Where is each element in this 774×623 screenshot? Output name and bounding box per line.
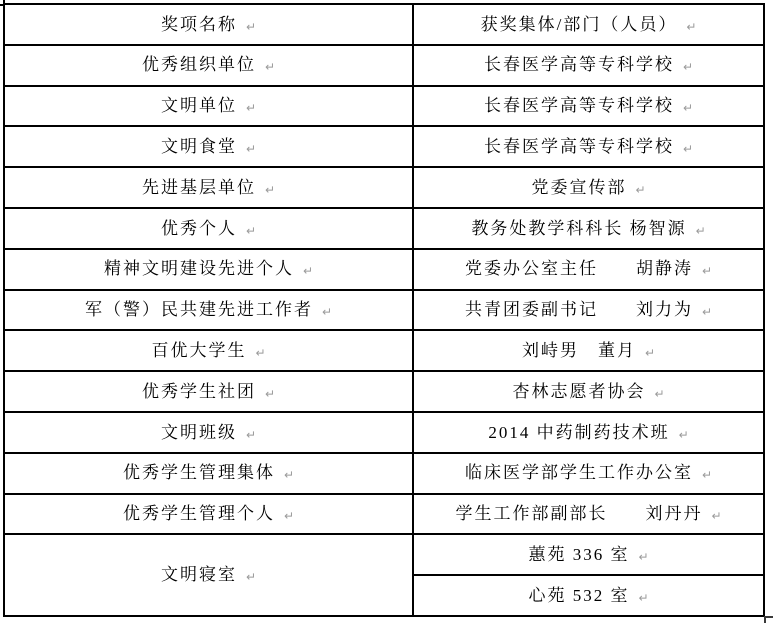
paragraph-mark-icon: ↵ [683, 142, 693, 156]
winner-cell-text: 蕙苑 336 室 [528, 545, 629, 564]
award-header-cell-text: 奖项名称 [161, 15, 237, 34]
paragraph-mark-icon: ↵ [265, 387, 275, 401]
paragraph-mark-icon: ↵ [246, 20, 256, 34]
table-row: 文明食堂↵长春医学高等专科学校↵ [4, 126, 764, 167]
winner-cell-text: 刘峙男 董月 [522, 341, 636, 360]
paragraph-mark-icon: ↵ [284, 509, 294, 523]
winner-cell: 刘峙男 董月↵ [413, 330, 764, 371]
paragraph-mark-icon: ↵ [654, 387, 664, 401]
paragraph-mark-icon: ↵ [246, 142, 256, 156]
paragraph-mark-icon: ↵ [322, 305, 332, 319]
award-name-cell-text: 文明寝室 [161, 565, 237, 584]
award-name-cell-text: 文明班级 [161, 423, 237, 442]
award-name-cell: 军（警）民共建先进工作者↵ [4, 290, 413, 331]
table-header-row: 奖项名称↵获奖集体/部门（人员）↵ [4, 4, 764, 45]
paragraph-mark-icon: ↵ [246, 428, 256, 442]
winner-cell-text: 学生工作部副部长 刘丹丹 [455, 504, 702, 523]
table-row: 优秀个人↵教务处教学科科长 杨智源↵ [4, 208, 764, 249]
paragraph-mark-icon: ↵ [638, 550, 648, 564]
award-name-cell: 优秀学生社团↵ [4, 371, 413, 412]
winner-cell-text: 长春医学高等专科学校 [484, 96, 674, 115]
winner-cell-text: 党委办公室主任 胡静涛 [465, 259, 693, 278]
award-name-cell: 文明寝室↵ [4, 534, 413, 616]
award-name-cell-text: 文明单位 [161, 96, 237, 115]
winner-cell: 心苑 532 室↵ [413, 575, 764, 616]
winner-cell-text: 临床医学部学生工作办公室 [465, 463, 693, 482]
award-name-cell: 优秀学生管理集体↵ [4, 453, 413, 494]
paragraph-mark-icon: ↵ [686, 20, 696, 34]
paragraph-mark-icon: ↵ [303, 264, 313, 278]
table-row: 优秀组织单位↵长春医学高等专科学校↵ [4, 45, 764, 86]
table-row: 精神文明建设先进个人↵党委办公室主任 胡静涛↵ [4, 249, 764, 290]
award-name-cell-text: 优秀学生社团 [142, 382, 256, 401]
paragraph-mark-icon: ↵ [696, 224, 706, 238]
winner-cell-text: 心苑 532 室 [528, 586, 629, 605]
table-row: 百优大学生↵刘峙男 董月↵ [4, 330, 764, 371]
award-name-cell-text: 优秀个人 [161, 219, 237, 238]
award-name-cell: 优秀个人↵ [4, 208, 413, 249]
table-resize-handle [764, 616, 773, 623]
winner-cell: 长春医学高等专科学校↵ [413, 126, 764, 167]
paragraph-mark-icon: ↵ [683, 60, 693, 74]
table-row: 优秀学生管理个人↵学生工作部副部长 刘丹丹↵ [4, 494, 764, 535]
winner-cell-text: 教务处教学科科长 杨智源 [471, 219, 686, 238]
winner-cell-text: 共青团委副书记 刘力为 [465, 300, 693, 319]
table-row: 文明班级↵2014 中药制药技术班↵ [4, 412, 764, 453]
table-row: 先进基层单位↵党委宣传部↵ [4, 167, 764, 208]
award-name-cell-text: 文明食堂 [161, 137, 237, 156]
winner-cell: 长春医学高等专科学校↵ [413, 45, 764, 86]
winner-cell: 杏林志愿者协会↵ [413, 371, 764, 412]
paragraph-mark-icon: ↵ [702, 305, 712, 319]
winner-cell-text: 2014 中药制药技术班 [488, 423, 669, 442]
paragraph-mark-icon: ↵ [265, 183, 275, 197]
table-row: 文明寝室↵蕙苑 336 室↵ [4, 534, 764, 575]
winner-header-cell-text: 获奖集体/部门（人员） [481, 15, 678, 34]
table-row: 文明单位↵长春医学高等专科学校↵ [4, 86, 764, 127]
winner-cell-text: 长春医学高等专科学校 [484, 137, 674, 156]
award-name-cell: 精神文明建设先进个人↵ [4, 249, 413, 290]
winner-cell: 教务处教学科科长 杨智源↵ [413, 208, 764, 249]
paragraph-mark-icon: ↵ [255, 346, 265, 360]
award-name-cell-text: 优秀学生管理集体 [123, 463, 275, 482]
awards-table-body: 奖项名称↵获奖集体/部门（人员）↵优秀组织单位↵长春医学高等专科学校↵文明单位↵… [4, 4, 764, 616]
table-row: 优秀学生管理集体↵临床医学部学生工作办公室↵ [4, 453, 764, 494]
award-name-cell-text: 军（警）民共建先进工作者 [85, 300, 313, 319]
award-name-cell-text: 百优大学生 [151, 341, 246, 360]
paragraph-mark-icon: ↵ [246, 224, 256, 238]
award-name-cell-text: 先进基层单位 [142, 178, 256, 197]
award-name-cell: 优秀学生管理个人↵ [4, 494, 413, 535]
paragraph-mark-icon: ↵ [635, 183, 645, 197]
awards-table: 奖项名称↵获奖集体/部门（人员）↵优秀组织单位↵长春医学高等专科学校↵文明单位↵… [3, 3, 765, 617]
paragraph-mark-icon: ↵ [246, 570, 256, 584]
winner-cell: 临床医学部学生工作办公室↵ [413, 453, 764, 494]
award-name-cell: 先进基层单位↵ [4, 167, 413, 208]
paragraph-mark-icon: ↵ [284, 468, 294, 482]
award-name-cell: 百优大学生↵ [4, 330, 413, 371]
winner-cell-text: 杏林志愿者协会 [512, 382, 645, 401]
table-row: 优秀学生社团↵杏林志愿者协会↵ [4, 371, 764, 412]
winner-cell: 共青团委副书记 刘力为↵ [413, 290, 764, 331]
paragraph-mark-icon: ↵ [246, 101, 256, 115]
table-row: 军（警）民共建先进工作者↵共青团委副书记 刘力为↵ [4, 290, 764, 331]
winner-cell: 学生工作部副部长 刘丹丹↵ [413, 494, 764, 535]
paragraph-mark-icon: ↵ [702, 468, 712, 482]
award-name-cell: 文明食堂↵ [4, 126, 413, 167]
winner-cell: 蕙苑 336 室↵ [413, 534, 764, 575]
paragraph-mark-icon: ↵ [265, 60, 275, 74]
award-header-cell: 奖项名称↵ [4, 4, 413, 45]
paragraph-mark-icon: ↵ [711, 509, 721, 523]
award-name-cell: 文明班级↵ [4, 412, 413, 453]
winner-header-cell: 获奖集体/部门（人员）↵ [413, 4, 764, 45]
winner-cell-text: 长春医学高等专科学校 [484, 55, 674, 74]
award-name-cell-text: 精神文明建设先进个人 [104, 259, 294, 278]
award-name-cell-text: 优秀组织单位 [142, 55, 256, 74]
paragraph-mark-icon: ↵ [679, 428, 689, 442]
paragraph-mark-icon: ↵ [638, 591, 648, 605]
winner-cell: 党委宣传部↵ [413, 167, 764, 208]
winner-cell-text: 党委宣传部 [531, 178, 626, 197]
award-name-cell: 文明单位↵ [4, 86, 413, 127]
paragraph-mark-icon: ↵ [645, 346, 655, 360]
award-name-cell: 优秀组织单位↵ [4, 45, 413, 86]
paragraph-mark-icon: ↵ [702, 264, 712, 278]
winner-cell: 2014 中药制药技术班↵ [413, 412, 764, 453]
award-name-cell-text: 优秀学生管理个人 [123, 504, 275, 523]
paragraph-mark-icon: ↵ [683, 101, 693, 115]
winner-cell: 党委办公室主任 胡静涛↵ [413, 249, 764, 290]
winner-cell: 长春医学高等专科学校↵ [413, 86, 764, 127]
